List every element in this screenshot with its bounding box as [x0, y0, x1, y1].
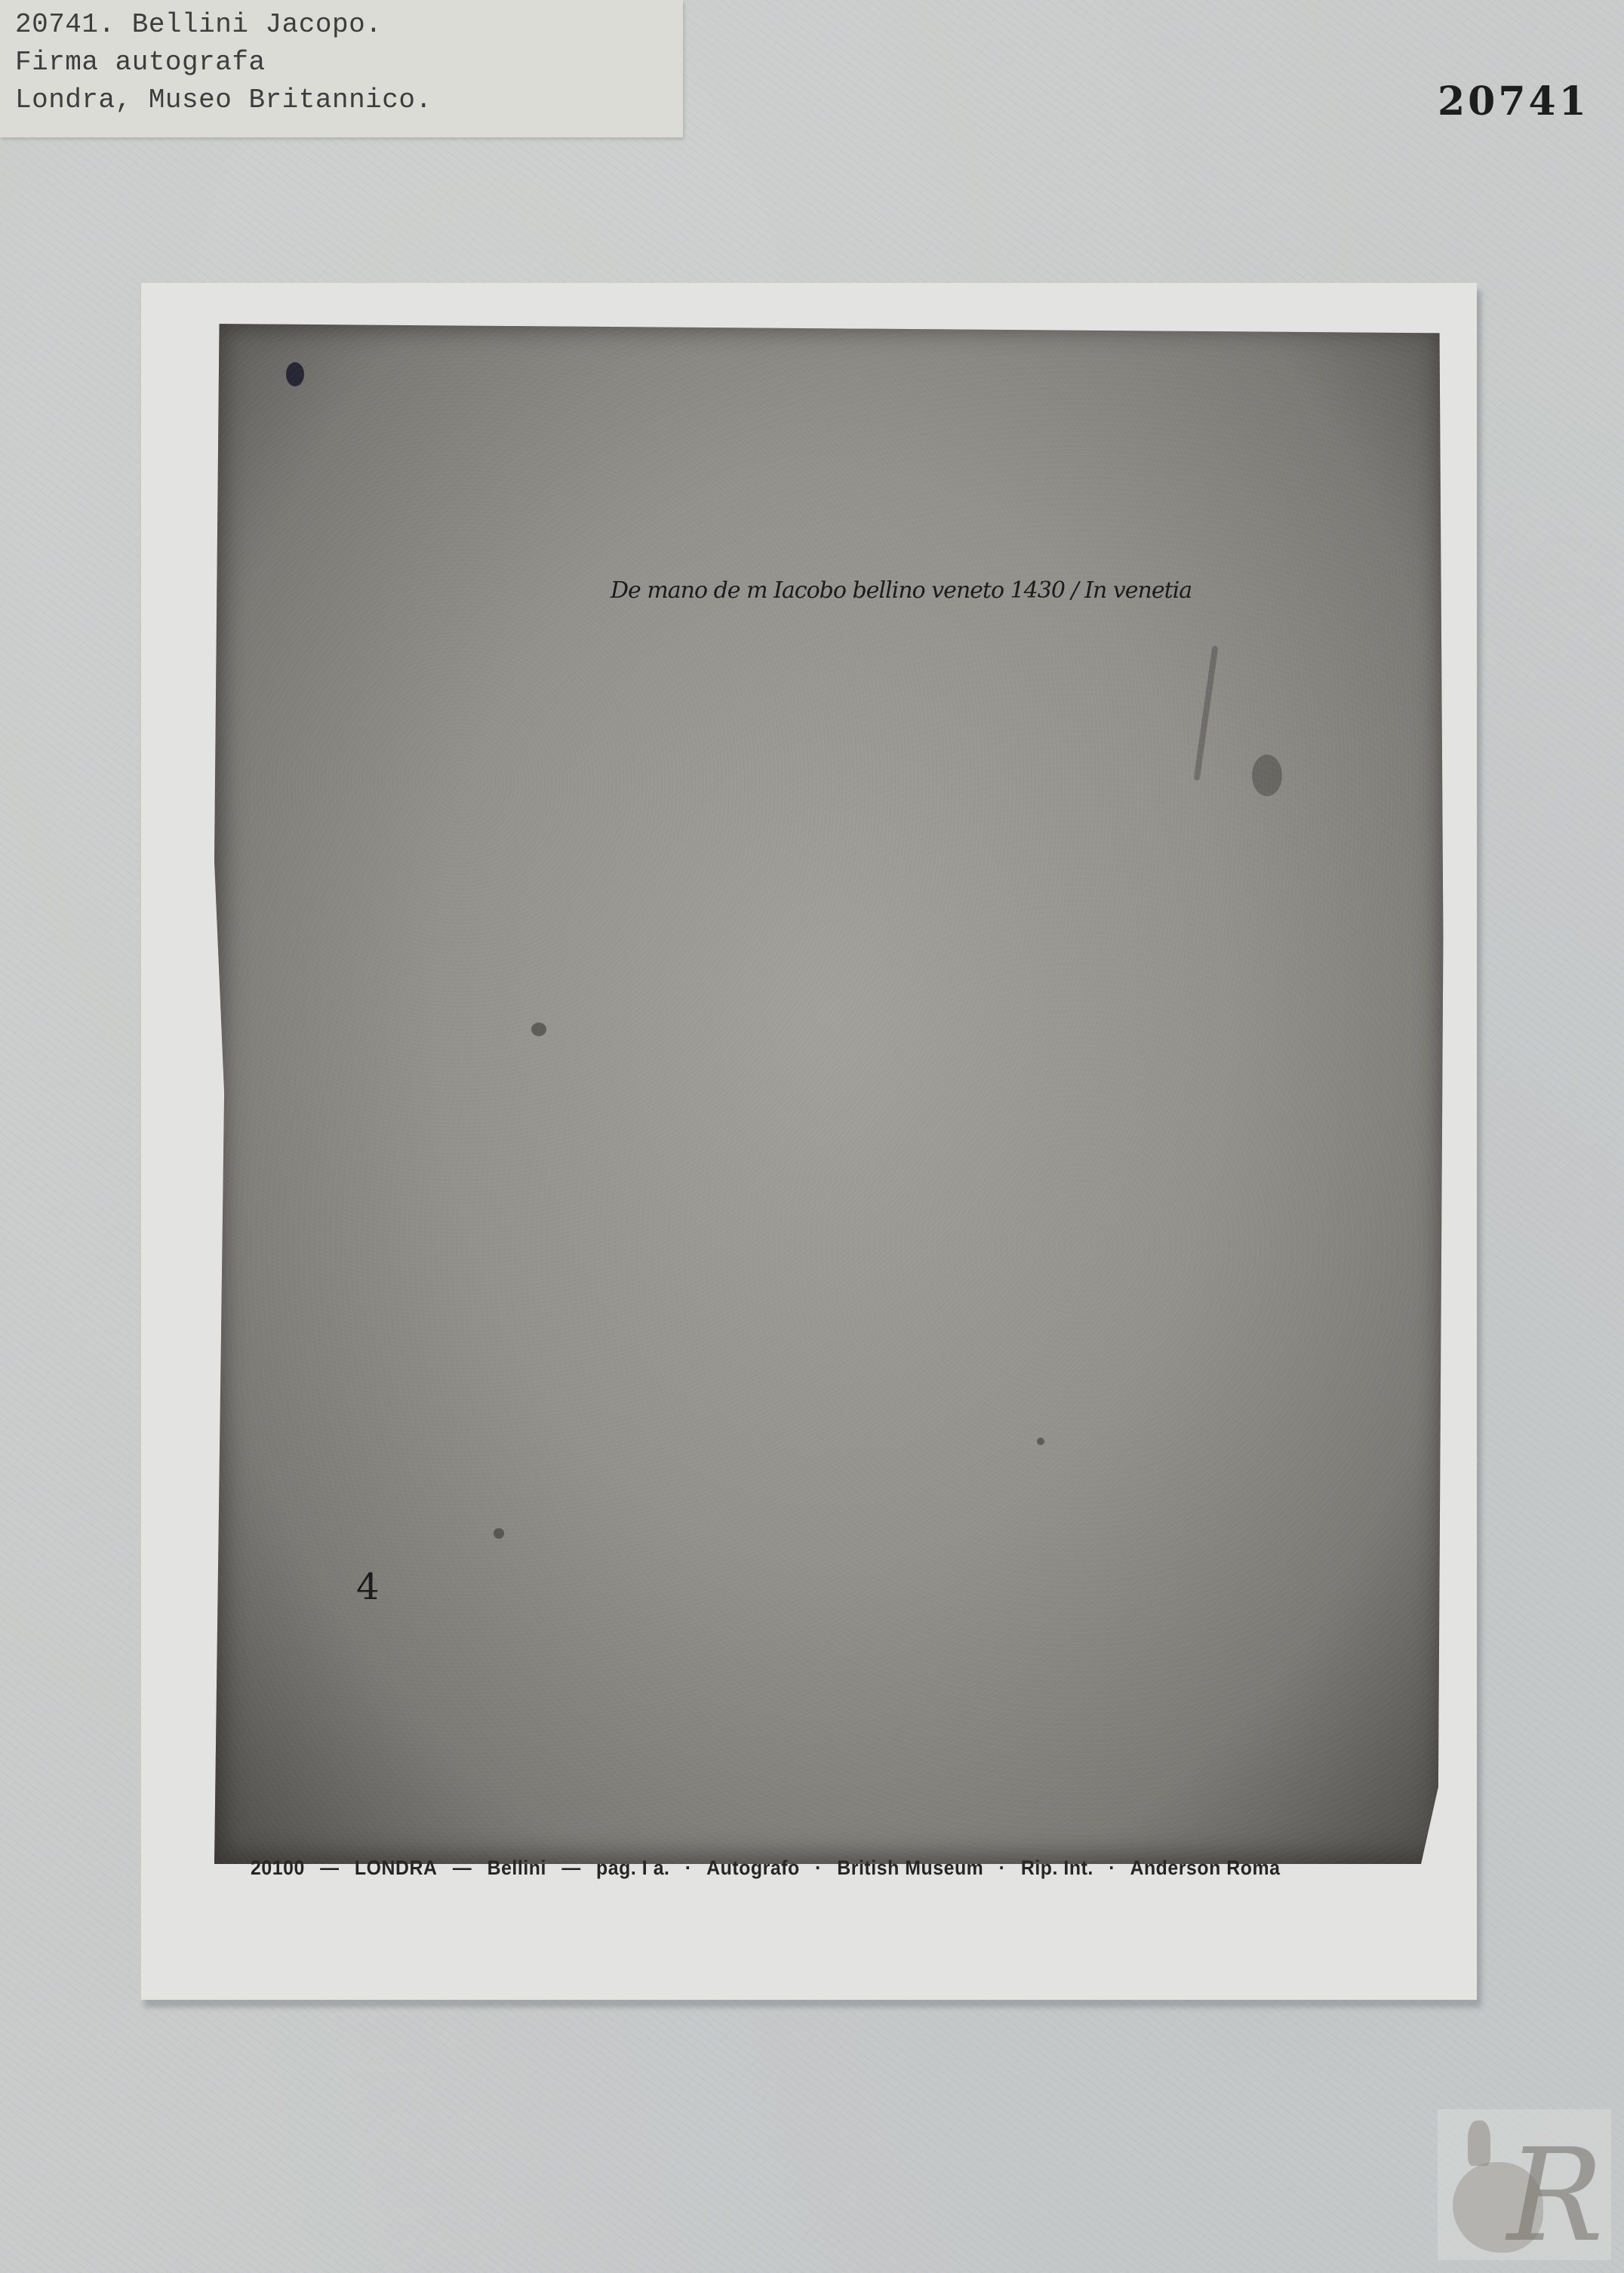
- photo-mount: De mano de m Iacobo bellino veneto 1430 …: [140, 283, 1477, 2000]
- inventory-stamp-number: 20741: [1438, 78, 1589, 125]
- archive-logo-icon: R: [1438, 2109, 1611, 2260]
- caption-separator: ·: [685, 1856, 692, 1879]
- caption-separator: —: [453, 1856, 472, 1879]
- caption-separator: ·: [1109, 1856, 1115, 1879]
- marginal-page-number: 4: [356, 1566, 380, 1608]
- caption-separator: ·: [815, 1856, 822, 1879]
- caption-reproduction: Rip. Int.: [1021, 1856, 1093, 1879]
- autograph-inscription: De mano de m Iacobo bellino veneto 1430 …: [603, 562, 1192, 653]
- watermark-letter: R: [1507, 2132, 1604, 2260]
- stroke-mark: [1194, 645, 1219, 780]
- caption-photographer: Anderson Roma: [1130, 1856, 1280, 1879]
- caption-negative-number: 20100: [251, 1856, 305, 1879]
- caption-city: LONDRA: [355, 1856, 438, 1879]
- label-line-subject: Firma autografa: [15, 47, 266, 78]
- caption-subject: Autografo: [706, 1856, 800, 1879]
- inscription-text: De mano de m Iacobo bellino veneto 1430 …: [611, 577, 1192, 604]
- archival-photograph: De mano de m Iacobo bellino veneto 1430 …: [214, 321, 1448, 1864]
- caption-separator: —: [561, 1856, 580, 1879]
- photo-caption: 20100 — LONDRA — Bellini — pag. I a. · A…: [251, 1856, 1290, 1880]
- caption-separator: —: [320, 1856, 339, 1879]
- caption-artist: Bellini: [488, 1856, 546, 1879]
- caption-separator: ·: [999, 1856, 1006, 1879]
- catalog-label-card: 20741. Bellini Jacopo. Firma autografa L…: [0, 0, 683, 137]
- stain-mark: [494, 1528, 504, 1539]
- stain-mark: [1037, 1438, 1044, 1445]
- label-line-location: Londra, Museo Britannico.: [15, 85, 432, 115]
- caption-institution: British Museum: [837, 1856, 983, 1879]
- stain-mark: [1252, 755, 1282, 796]
- label-line-title: 20741. Bellini Jacopo.: [15, 9, 382, 40]
- stain-mark: [286, 362, 304, 386]
- stain-mark: [531, 1023, 546, 1036]
- caption-page: pag. I a.: [596, 1856, 669, 1879]
- iris-flower-icon: [1468, 2121, 1490, 2166]
